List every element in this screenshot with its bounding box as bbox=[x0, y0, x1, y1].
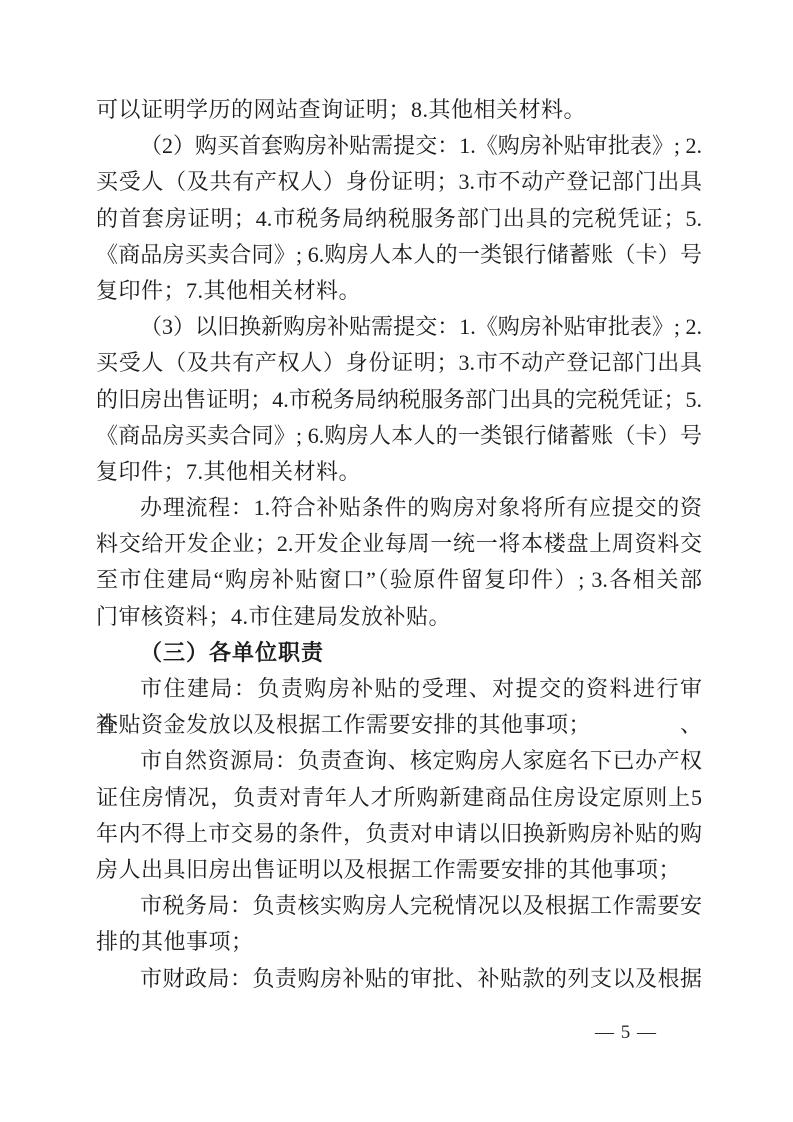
text-line: 《商品房买卖合同》; 6.购房人本人的一类银行储蓄账（卡）号 bbox=[96, 418, 702, 454]
text-line: 买受人（及共有产权人）身份证明；3.市不动产登记部门出具 bbox=[96, 345, 702, 381]
text-line: 排的其他事项； bbox=[96, 924, 702, 960]
text-line: 市税务局：负责核实购房人完税情况以及根据工作需要安 bbox=[96, 888, 702, 924]
text-line: 至市住建局“购房补贴窗口”（验原件留复印件）; 3.各相关部 bbox=[96, 562, 702, 598]
text-line: 复印件；7.其他相关材料。 bbox=[96, 454, 702, 490]
text-line: 买受人（及共有产权人）身份证明；3.市不动产登记部门出具 bbox=[96, 164, 702, 200]
text-line: （3）以旧换新购房补贴需提交：1.《购房补贴审批表》; 2. bbox=[96, 309, 702, 345]
text-line: 办理流程：1.符合补贴条件的购房对象将所有应提交的资 bbox=[96, 490, 702, 526]
page-number: — 5 — bbox=[586, 1022, 666, 1044]
text-line: 证住房情况，负责对青年人才所购新建商品住房设定原则上5 bbox=[96, 780, 702, 816]
text-line: 《商品房买卖合同》; 6.购房人本人的一类银行储蓄账（卡）号 bbox=[96, 237, 702, 273]
text-line: 复印件；7.其他相关材料。 bbox=[96, 273, 702, 309]
document-page: 可以证明学历的网站查询证明；8.其他相关材料。（2）购买首套购房补贴需提交：1.… bbox=[0, 0, 793, 1122]
text-line: 年内不得上市交易的条件，负责对申请以旧换新购房补贴的购 bbox=[96, 816, 702, 852]
text-line: （三）各单位职责 bbox=[96, 635, 702, 671]
text-line: 市住建局：负责购房补贴的受理、对提交的资料进行审查、 bbox=[96, 671, 702, 707]
document-content: 可以证明学历的网站查询证明；8.其他相关材料。（2）购买首套购房补贴需提交：1.… bbox=[96, 92, 702, 997]
text-line: 市财政局：负责购房补贴的审批、补贴款的列支以及根据 bbox=[96, 961, 702, 997]
text-line: 的旧房出售证明；4.市税务局纳税服务部门出具的完税凭证；5. bbox=[96, 382, 702, 418]
text-line: 料交给开发企业；2.开发企业每周一统一将本楼盘上周资料交 bbox=[96, 526, 702, 562]
text-line: 可以证明学历的网站查询证明；8.其他相关材料。 bbox=[96, 92, 702, 128]
text-line: 的首套房证明；4.市税务局纳税服务部门出具的完税凭证；5. bbox=[96, 201, 702, 237]
text-line: （2）购买首套购房补贴需提交：1.《购房补贴审批表》; 2. bbox=[96, 128, 702, 164]
text-line: 门审核资料；4.市住建局发放补贴。 bbox=[96, 599, 702, 635]
text-line: 市自然资源局：负责查询、核定购房人家庭名下已办产权 bbox=[96, 743, 702, 779]
text-line: 房人出具旧房出售证明以及根据工作需要安排的其他事项； bbox=[96, 852, 702, 888]
